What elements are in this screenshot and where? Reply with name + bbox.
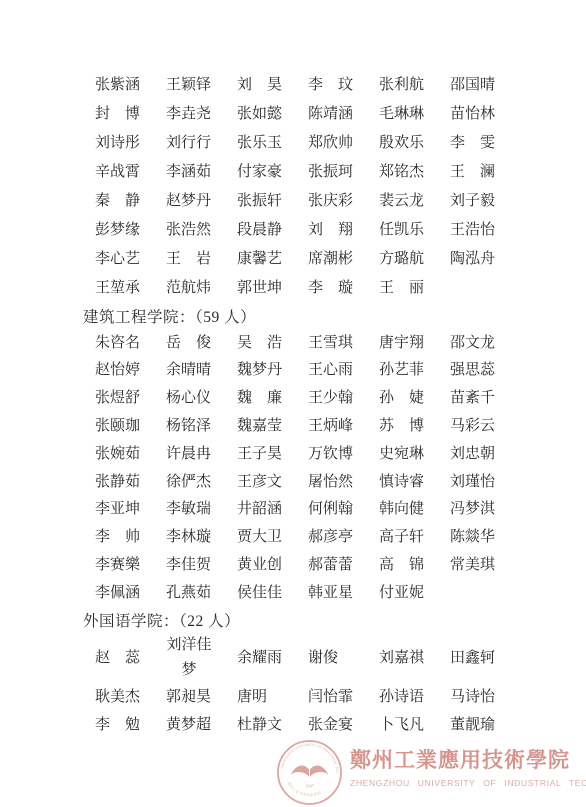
student-name: 张庆彩 xyxy=(308,193,354,210)
student-name: 郭世坤 xyxy=(237,280,283,297)
emblem-year: 1987 xyxy=(305,783,315,788)
student-name: 邵文龙 xyxy=(450,335,496,352)
name-row: 耿美杰郭昶昊唐明闫怡霏孙诗语马诗怡 xyxy=(83,683,543,711)
student-name: 王少翰 xyxy=(308,390,354,407)
student-name: 万钦博 xyxy=(308,446,354,463)
student-name: 贾大卫 xyxy=(237,529,283,546)
student-name: 魏嘉莹 xyxy=(237,418,283,435)
name-row: 李心艺王 岩康馨艺席潮彬方璐航陶泓舟 xyxy=(83,245,543,274)
university-logo-text: 鄭州工業應用技術學院 ZHENGZHOU UNIVERSITY OF INDUS… xyxy=(350,739,586,788)
student-name: 付亚妮 xyxy=(379,585,425,602)
document-page: 张紫涵王颖铎刘 昊李 玟张利航邵国晴封 博李垚尧张如懿陈靖涵毛琳琳苗怡林刘诗彤刘… xyxy=(0,0,586,807)
student-name: 王子昊 xyxy=(237,446,283,463)
student-name: 徐俨杰 xyxy=(166,474,212,491)
student-name: 田鑫轲 xyxy=(450,650,496,667)
student-name: 李 雯 xyxy=(450,135,496,152)
college-section: 外国语学院：（22 人）赵 蕊刘洋佳梦余耀雨谢俊刘嘉祺田鑫轲耿美杰郭昶昊唐明闫怡… xyxy=(83,607,543,739)
name-row: 朱咨名岳 俊吴 浩王雪琪唐宇翔邵文龙 xyxy=(83,329,543,357)
section-header: 外国语学院：（22 人） xyxy=(83,607,543,633)
student-name: 李心艺 xyxy=(95,251,141,268)
student-name: 李赛樂 xyxy=(95,557,141,574)
student-name: 张振珂 xyxy=(308,164,354,181)
student-name: 杨铭泽 xyxy=(166,418,212,435)
student-name: 李敏瑞 xyxy=(166,501,212,518)
college-section: 建筑工程学院：（59 人）朱咨名岳 俊吴 浩王雪琪唐宇翔邵文龙赵怡婷余晴晴魏梦丹… xyxy=(83,303,543,607)
student-name: 陈靖涵 xyxy=(308,106,354,123)
name-row: 张颐珈杨铭泽魏嘉莹王炳峰苏 博马彩云 xyxy=(83,412,543,440)
name-row: 辛战霄李涵茹付家豪张振珂郑铭杰王 澜 xyxy=(83,158,543,187)
student-name: 苏 博 xyxy=(379,418,425,435)
student-name: 封 博 xyxy=(95,106,141,123)
name-row: 李 勉黄梦超杜静文张金宴卜飞凡董靓瑜 xyxy=(83,711,543,739)
student-name: 张金宴 xyxy=(308,717,354,734)
student-name: 侯佳佳 xyxy=(237,585,283,602)
student-name: 卜飞凡 xyxy=(379,717,425,734)
student-name: 谢俊 xyxy=(308,650,354,667)
name-row: 李佩涵孔燕茹侯佳佳韩亚星付亚妮 xyxy=(83,579,543,607)
student-name: 段晨静 xyxy=(237,222,283,239)
name-row: 赵 蕊刘洋佳梦余耀雨谢俊刘嘉祺田鑫轲 xyxy=(83,633,543,683)
name-row: 秦 静赵梦丹张振轩张庆彩裴云龙刘子毅 xyxy=(83,187,543,216)
name-row: 张紫涵王颖铎刘 昊李 玟张利航邵国晴 xyxy=(83,71,543,100)
student-name: 赵 蕊 xyxy=(95,650,141,667)
student-name: 王浩怡 xyxy=(450,222,496,239)
student-name: 李林璇 xyxy=(166,529,212,546)
student-name: 孙 婕 xyxy=(379,390,425,407)
student-name: 陈燚华 xyxy=(450,529,496,546)
section-header: 建筑工程学院：（59 人） xyxy=(83,303,543,329)
student-name: 毛琳琳 xyxy=(379,106,425,123)
student-name: 史宛琳 xyxy=(379,446,425,463)
university-name-english: ZHENGZHOU UNIVERSITY OF INDUSTRIAL TECHN… xyxy=(350,778,586,788)
student-name: 赵梦丹 xyxy=(166,193,212,210)
student-name: 王雪琪 xyxy=(308,335,354,352)
student-name: 余耀雨 xyxy=(237,650,283,667)
student-name: 余晴晴 xyxy=(166,362,212,379)
student-name: 赵怡婷 xyxy=(95,362,141,379)
student-name: 刘子毅 xyxy=(450,193,496,210)
student-name: 刘 翔 xyxy=(308,222,354,239)
student-name: 王堃承 xyxy=(95,280,141,297)
student-name: 王彦文 xyxy=(237,474,283,491)
name-row: 张婉茹许晨冉王子昊万钦博史宛琳刘忠朝 xyxy=(83,440,543,468)
name-row: 赵怡婷余晴晴魏梦丹王心雨孙艺菲强思蕊 xyxy=(83,357,543,385)
student-name: 刘忠朝 xyxy=(450,446,496,463)
student-name: 刘 昊 xyxy=(237,77,283,94)
student-name: 康馨艺 xyxy=(237,251,283,268)
student-name: 黄业创 xyxy=(237,557,283,574)
student-name: 杨心仪 xyxy=(166,390,212,407)
student-name: 马诗怡 xyxy=(450,689,496,706)
student-name: 彭梦缘 xyxy=(95,222,141,239)
student-name: 唐宇翔 xyxy=(379,335,425,352)
university-name-chinese: 鄭州工業應用技術學院 xyxy=(350,744,586,774)
student-name: 井韶涵 xyxy=(237,501,283,518)
student-name: 唐明 xyxy=(237,689,283,706)
student-name: 刘嘉祺 xyxy=(379,650,425,667)
name-row: 李赛樂李佳贺黄业创郝蕾蕾高 锦常美琪 xyxy=(83,551,543,579)
college-section: 张紫涵王颖铎刘 昊李 玟张利航邵国晴封 博李垚尧张如懿陈靖涵毛琳琳苗怡林刘诗彤刘… xyxy=(83,71,543,303)
student-name: 孙艺菲 xyxy=(379,362,425,379)
student-name: 魏梦丹 xyxy=(237,362,283,379)
student-name: 张婉茹 xyxy=(95,446,141,463)
student-name: 朱咨名 xyxy=(95,335,141,352)
student-name: 常美琪 xyxy=(450,557,496,574)
student-name: 李亚坤 xyxy=(95,501,141,518)
student-name: 耿美杰 xyxy=(95,689,141,706)
student-name: 苗紊千 xyxy=(450,390,496,407)
student-name: 辛战霄 xyxy=(95,164,141,181)
student-name: 韩亚星 xyxy=(308,585,354,602)
student-name: 董靓瑜 xyxy=(450,717,496,734)
student-name: 郑铭杰 xyxy=(379,164,425,181)
student-name: 张颐珈 xyxy=(95,418,141,435)
student-name: 王 岩 xyxy=(166,251,212,268)
student-name: 刘瑾怡 xyxy=(450,474,496,491)
name-row: 彭梦缘张浩然段晨静刘 翔任凯乐王浩怡 xyxy=(83,216,543,245)
name-row: 刘诗彤刘行行张乐玉郑欣帅殷欢乐李 雯 xyxy=(83,129,543,158)
university-emblem-icon: ZHENGZHOU UNIVERSITY OF INDUSTRIAL TECHN… xyxy=(276,739,343,806)
student-name: 刘诗彤 xyxy=(95,135,141,152)
student-name: 王颖铎 xyxy=(166,77,212,94)
student-name: 付家豪 xyxy=(237,164,283,181)
student-name: 范航炜 xyxy=(166,280,212,297)
student-name: 郝蕾蕾 xyxy=(308,557,354,574)
student-name: 殷欢乐 xyxy=(379,135,425,152)
student-name: 马彩云 xyxy=(450,418,496,435)
student-name: 王 丽 xyxy=(379,280,425,297)
student-name: 韩向健 xyxy=(379,501,425,518)
name-row: 李 帅李林璇贾大卫郝彦亭高子轩陈燚华 xyxy=(83,524,543,552)
student-name: 高 锦 xyxy=(379,557,425,574)
student-name: 冯梦淇 xyxy=(450,501,496,518)
student-name: 张利航 xyxy=(379,77,425,94)
student-name: 张煜舒 xyxy=(95,390,141,407)
student-name: 任凯乐 xyxy=(379,222,425,239)
university-logo: ZHENGZHOU UNIVERSITY OF INDUSTRIAL TECHN… xyxy=(276,739,586,806)
student-name: 郑欣帅 xyxy=(308,135,354,152)
student-name: 吴 浩 xyxy=(237,335,283,352)
student-name: 张浩然 xyxy=(166,222,212,239)
student-name: 王炳峰 xyxy=(308,418,354,435)
student-name: 李佳贺 xyxy=(166,557,212,574)
student-name: 苗怡林 xyxy=(450,106,496,123)
student-name: 张紫涵 xyxy=(95,77,141,94)
student-name: 屠怡然 xyxy=(308,474,354,491)
student-name: 裴云龙 xyxy=(379,193,425,210)
student-name: 张静茹 xyxy=(95,474,141,491)
student-name: 杜静文 xyxy=(237,717,283,734)
student-name: 慎诗睿 xyxy=(379,474,425,491)
student-name-list: 张紫涵王颖铎刘 昊李 玟张利航邵国晴封 博李垚尧张如懿陈靖涵毛琳琳苗怡林刘诗彤刘… xyxy=(83,71,543,739)
student-name: 方璐航 xyxy=(379,251,425,268)
student-name: 何俐翰 xyxy=(308,501,354,518)
student-name: 陶泓舟 xyxy=(450,251,496,268)
student-name: 席潮彬 xyxy=(308,251,354,268)
student-name: 张乐玉 xyxy=(237,135,283,152)
name-row: 张煜舒杨心仪魏 廉王少翰孙 婕苗紊千 xyxy=(83,385,543,413)
student-name: 李 玟 xyxy=(308,77,354,94)
student-name: 刘洋佳梦 xyxy=(166,633,212,683)
student-name: 黄梦超 xyxy=(166,717,212,734)
student-name: 岳 俊 xyxy=(166,335,212,352)
student-name: 郝彦亭 xyxy=(308,529,354,546)
student-name: 李 璇 xyxy=(308,280,354,297)
student-name: 李涵茹 xyxy=(166,164,212,181)
student-name: 郭昶昊 xyxy=(166,689,212,706)
student-name: 李 帅 xyxy=(95,529,141,546)
student-name: 高子轩 xyxy=(379,529,425,546)
name-row: 王堃承范航炜郭世坤李 璇王 丽 xyxy=(83,274,543,303)
student-name: 魏 廉 xyxy=(237,390,283,407)
student-name: 邵国晴 xyxy=(450,77,496,94)
student-name: 孔燕茹 xyxy=(166,585,212,602)
name-row: 封 博李垚尧张如懿陈靖涵毛琳琳苗怡林 xyxy=(83,100,543,129)
student-name: 刘行行 xyxy=(166,135,212,152)
student-name: 孙诗语 xyxy=(379,689,425,706)
student-name: 王 澜 xyxy=(450,164,496,181)
student-name: 张振轩 xyxy=(237,193,283,210)
student-name: 李佩涵 xyxy=(95,585,141,602)
name-row: 张静茹徐俨杰王彦文屠怡然慎诗睿刘瑾怡 xyxy=(83,468,543,496)
name-row: 李亚坤李敏瑞井韶涵何俐翰韩向健冯梦淇 xyxy=(83,496,543,524)
student-name: 李 勉 xyxy=(95,717,141,734)
student-name: 王心雨 xyxy=(308,362,354,379)
student-name: 秦 静 xyxy=(95,193,141,210)
student-name: 许晨冉 xyxy=(166,446,212,463)
student-name: 闫怡霏 xyxy=(308,689,354,706)
student-name: 张如懿 xyxy=(237,106,283,123)
student-name: 李垚尧 xyxy=(166,106,212,123)
student-name: 强思蕊 xyxy=(450,362,496,379)
